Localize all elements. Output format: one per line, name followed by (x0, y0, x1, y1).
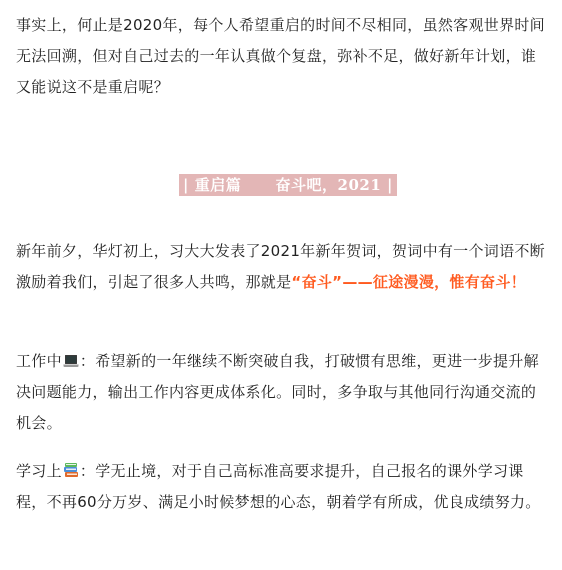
section-title: | 重启篇 奋斗吧，2021 | (179, 174, 397, 196)
paragraph-new-year-speech: 新年前夕，华灯初上，习大大发表了2021年新年贺词，贺词中有一个词语不断激励着我… (16, 236, 546, 298)
work-label: 工作中 (16, 352, 62, 370)
work-text: ：希望新的一年继续不断突破自我，打破惯有思维，更进一步提升解决问题能力，输出工作… (16, 352, 539, 432)
study-text: ：学无止境，对于自己高标准高要求提升，自己报名的课外学习课程，不再60分万岁、满… (16, 462, 541, 511)
section-header: | 重启篇 奋斗吧，2021 | (16, 174, 546, 196)
study-label: 学习上 (16, 462, 62, 480)
books-icon (63, 458, 79, 472)
laptop-icon (63, 348, 79, 362)
highlight-quote: “奋斗”——征途漫漫，惟有奋斗！ (291, 273, 526, 291)
paragraph-work: 工作中：希望新的一年继续不断突破自我，打破惯有思维，更进一步提升解决问题能力，输… (16, 346, 546, 439)
paragraph-intro: 事实上，何止是2020年，每个人希望重启的时间不尽相同，虽然客观世界时间无法回溯… (16, 10, 546, 103)
paragraph-study: 学习上：学无止境，对于自己高标准高要求提升，自己报名的课外学习课程，不再60分万… (16, 456, 546, 518)
